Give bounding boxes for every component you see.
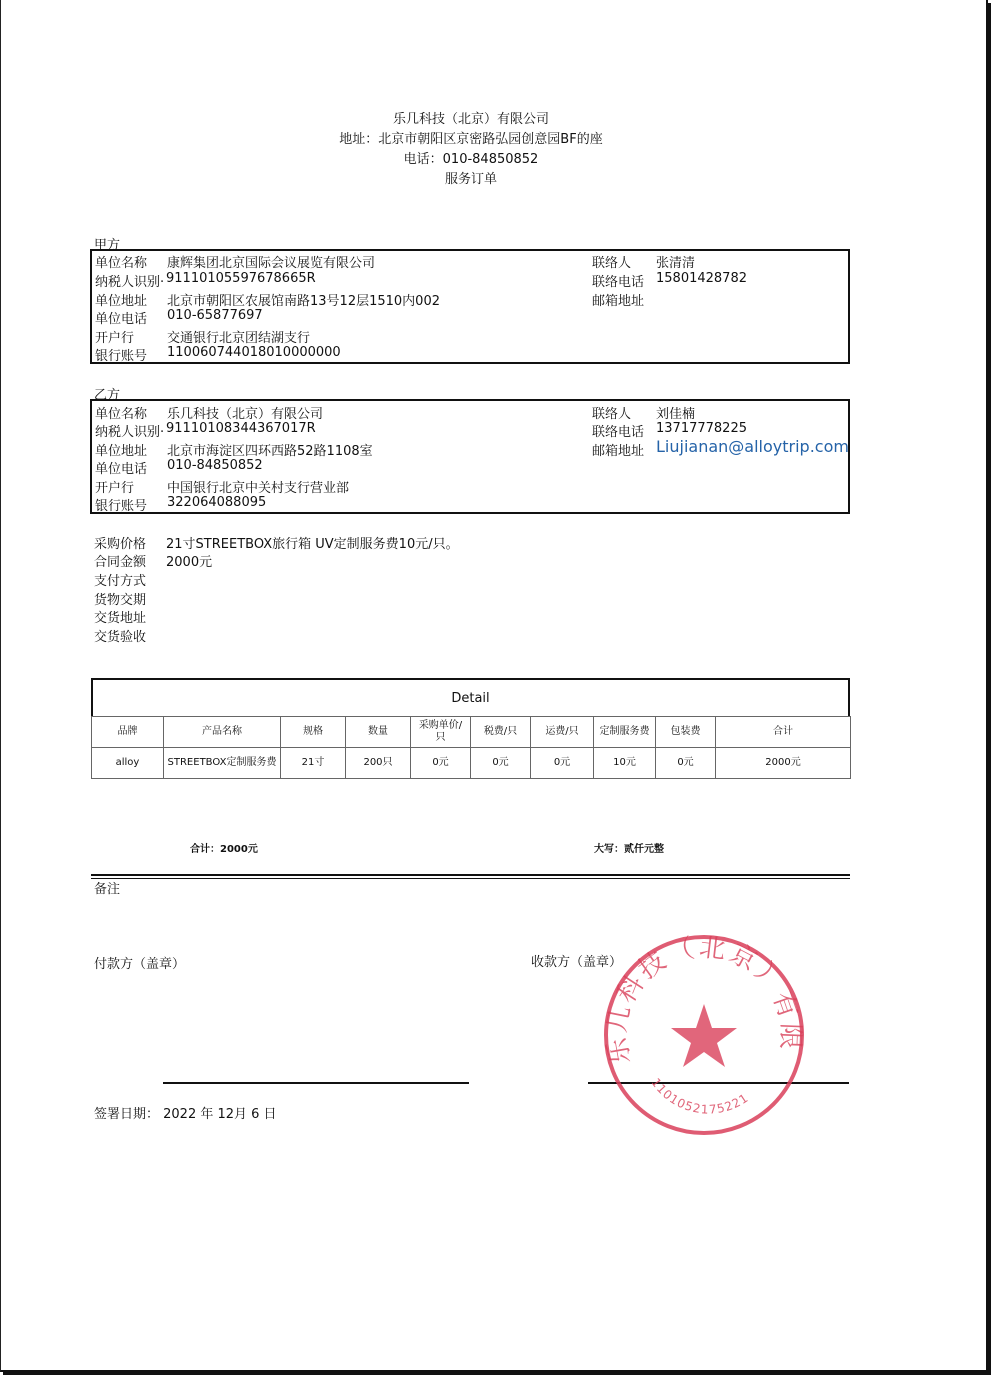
detail-header-row: 品牌产品名称规格数量采购单价/只税费/只运费/只定制服务费包装费合计 [92,717,851,748]
signing-date: 签署日期： 2022 年 12月 6 日 [94,1103,277,1122]
remarks-label: 备注 [94,878,120,897]
detail-column-header: 包装费 [656,717,716,748]
party-a-box: 单位名称康辉集团北京国际会议展览有限公司联络人张清清 纳税人识别·9111010… [90,249,850,364]
detail-column-header: 品牌 [92,717,164,748]
detail-column-header: 定制服务费 [594,717,656,748]
detail-cell: 0元 [656,748,716,779]
detail-column-header: 税费/只 [471,717,531,748]
detail-cell: 2000元 [716,748,851,779]
total-uppercase: 大写：贰仟元整 [594,840,664,855]
detail-column-header: 数量 [346,717,411,748]
document-page: 乐几科技（北京）有限公司 地址：北京市朝阳区京密路弘园创意园BF的座 电话：01… [0,0,988,1372]
detail-cell: 10元 [594,748,656,779]
detail-column-header: 合计 [716,717,851,748]
total-sum: 合计：2000元 [190,840,258,855]
detail-column-header: 运费/只 [531,717,594,748]
payer-signature-line [163,1082,469,1084]
detail-cell: 21寸 [281,748,346,779]
company-seal-icon: 乐几科技（北京）有限公司 1101052175221 [601,932,807,1138]
email-link[interactable]: Liujianan@alloytrip.com [656,437,849,456]
detail-cell: STREETBOX定制服务费 [164,748,281,779]
company-address: 地址：北京市朝阳区京密路弘园创意园BF的座 [1,128,941,147]
detail-table-title: Detail [91,678,850,717]
document-title: 服务订单 [1,168,941,187]
payer-seal-label: 付款方（盖章） [94,953,185,972]
detail-cell: 0元 [411,748,471,779]
detail-column-header: 规格 [281,717,346,748]
company-phone: 电话：010-84850852 [1,148,941,167]
detail-data-row: alloySTREETBOX定制服务费21寸200只0元0元0元10元0元200… [92,748,851,779]
detail-cell: alloy [92,748,164,779]
detail-table: 品牌产品名称规格数量采购单价/只税费/只运费/只定制服务费包装费合计 alloy… [91,716,851,779]
svg-text:1101052175221: 1101052175221 [648,1076,751,1117]
company-name: 乐几科技（北京）有限公司 [1,108,941,127]
detail-cell: 0元 [531,748,594,779]
divider-line [91,874,850,876]
detail-column-header: 产品名称 [164,717,281,748]
detail-column-header: 采购单价/只 [411,717,471,748]
detail-cell: 200只 [346,748,411,779]
divider-line [91,878,850,879]
party-b-box: 单位名称乐几科技（北京）有限公司联络人刘佳楠 纳税人识别·91110108344… [90,399,850,514]
detail-cell: 0元 [471,748,531,779]
